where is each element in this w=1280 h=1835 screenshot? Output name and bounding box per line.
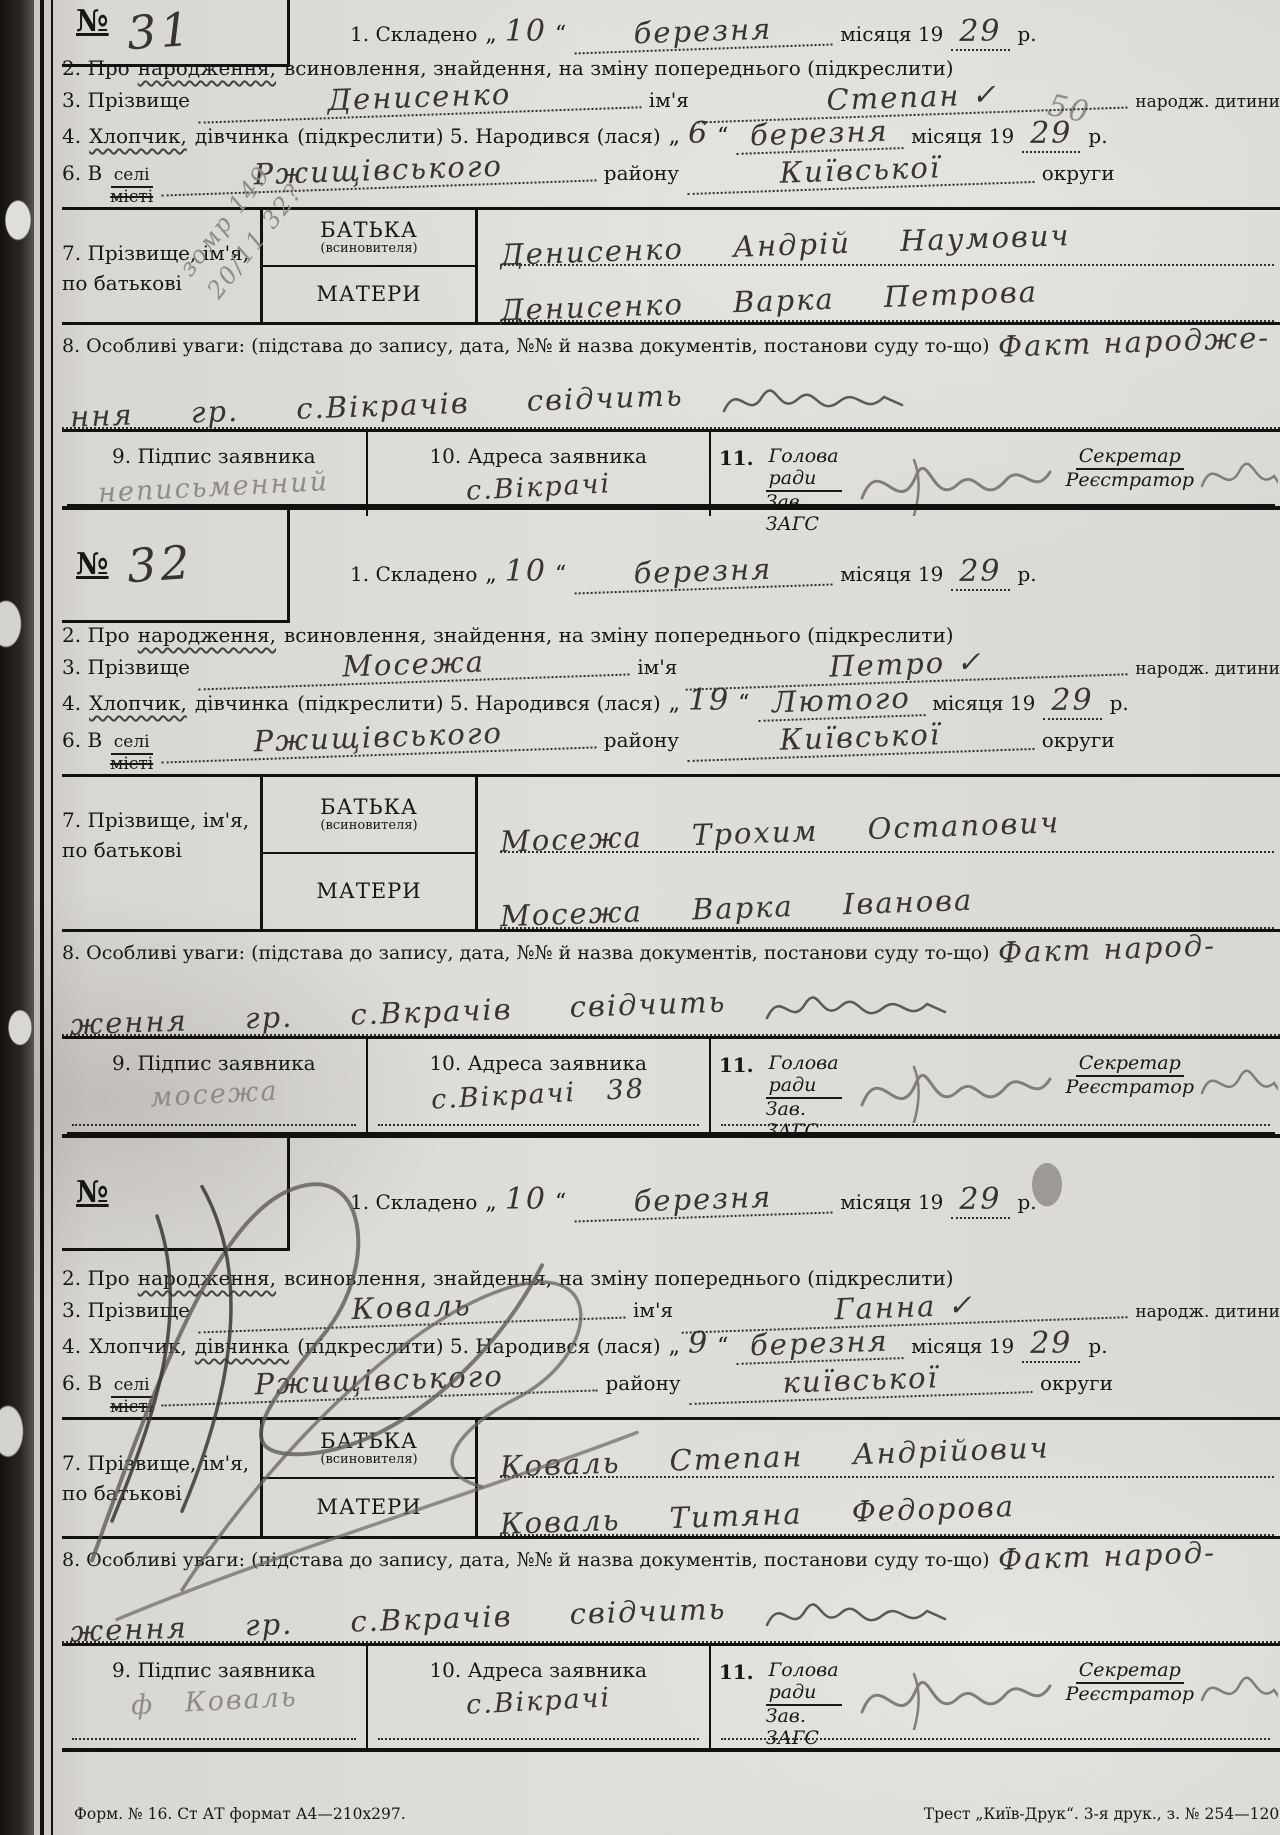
signatures-row: 9. Підпис заявника неписьменний 10. Адре… xyxy=(62,429,1280,516)
gender-line-number: 4. xyxy=(62,691,81,715)
secretary-title: Секретар Реєстратор xyxy=(1066,446,1194,492)
type-line-underlined-word: народження, xyxy=(138,56,276,80)
district-label: району xyxy=(606,1371,681,1395)
applicant-signature: неписьменний xyxy=(98,466,330,509)
composed-day: 10 xyxy=(505,14,547,49)
parents-header-box: БАТЬКА (всиновителя) МАТЕРИ xyxy=(260,210,478,322)
remarks-section: 8. Особливі уваги: (підстава до запису, … xyxy=(62,325,1280,429)
mother-label: МАТЕРИ xyxy=(263,880,475,903)
dotted-line xyxy=(72,1124,356,1126)
district-label: району xyxy=(604,161,679,185)
father-entry: Мосежа Трохим Остапович xyxy=(500,777,1274,853)
boy-option: Хлопчик, xyxy=(89,124,187,148)
secretary-signature xyxy=(1198,446,1278,506)
village-value: Ржищівського xyxy=(161,1355,598,1406)
firstname-label: ім'я xyxy=(649,88,689,112)
firstname-text: Петро xyxy=(829,646,946,684)
remarks-handwriting-2: ження гр. с.Вкрачів свідчить xyxy=(70,985,727,1042)
parents-entries: Мосежа Трохим Остапович Мосежа Варка Іва… xyxy=(478,777,1280,929)
mother-header: МАТЕРИ xyxy=(263,854,475,929)
composed-month: березня xyxy=(574,10,833,55)
composed-day: 10 xyxy=(505,554,547,589)
month-year-label: місяця 19 xyxy=(840,1190,943,1214)
applicant-signature: ф Коваль xyxy=(130,1682,298,1722)
mother-name: Денисенко Варка Петрова xyxy=(500,275,1039,330)
father-sublabel: (всиновителя) xyxy=(263,1453,475,1467)
remarks-line: 8. Особливі уваги: (підстава до запису, … xyxy=(62,325,1280,359)
close-quote: “ xyxy=(555,562,566,587)
dotted-line xyxy=(378,1124,699,1126)
record-header: № 31 1. Складено „ 10 “ березня місяця 1… xyxy=(62,0,1280,56)
head-of-council-label: Голова ради xyxy=(766,446,842,492)
town-option: місті xyxy=(110,1398,153,1418)
year-suffix: р. xyxy=(1088,1334,1107,1358)
birth-record: № 1. Складено „ 10 “ березня місяця 19 2… xyxy=(62,1134,1280,1752)
head-of-council-label: Голова ради xyxy=(766,1660,842,1706)
applicant-address: с.Вікрачі xyxy=(465,468,612,507)
witness-signature xyxy=(761,984,951,1030)
month-year-label: місяця 19 xyxy=(932,691,1035,715)
composed-line: 1. Складено „ 10 “ березня місяця 19 29 … xyxy=(350,14,1037,51)
birth-month: березня xyxy=(736,113,904,155)
applicant-address: с.Вікрачі xyxy=(465,1682,612,1721)
place-label: 6. В xyxy=(62,728,102,752)
binding-torn-edge xyxy=(0,0,34,1835)
town-option: місті xyxy=(110,755,153,775)
composed-month: березня xyxy=(574,550,833,595)
signatures-row: 9. Підпис заявника ф Коваль 10. Адреса з… xyxy=(62,1643,1280,1748)
gender-line-number: 4. xyxy=(62,1334,81,1358)
type-line-underlined-word: народження, xyxy=(138,623,276,647)
name-line: 3. Прізвище Коваль ім'я Ганна ✓ народж. … xyxy=(62,1290,1280,1326)
village-option: селі xyxy=(111,733,153,755)
officials-cell: 11. Голова ради Зав. ЗАГС Секретар Реєст… xyxy=(711,1646,1280,1748)
composed-year: 29 xyxy=(951,14,1009,51)
birth-record: № 31 1. Складено „ 10 “ березня місяця 1… xyxy=(62,0,1280,506)
applicant-address-label: 10. Адреса заявника xyxy=(376,1051,701,1075)
open-quote: „ xyxy=(485,1190,496,1215)
father-header: БАТЬКА (всиновителя) xyxy=(263,777,475,854)
place-line: 6. В селі місті Ржищівського району київ… xyxy=(62,1363,1280,1417)
mother-name: Коваль Титяна Федорова xyxy=(500,1489,1016,1543)
registrar-label: Реєстратор xyxy=(1066,1684,1194,1706)
secretary-label: Секретар xyxy=(1076,446,1184,470)
remarks-handwriting-2: ження гр. с.Вкрачів свідчить xyxy=(70,1592,727,1649)
child-birth-label: народж. дитини xyxy=(1135,92,1280,112)
secretary-signature xyxy=(1198,1053,1278,1113)
remarks-handwriting-1: Факт народ- xyxy=(997,928,1216,970)
form-imprint: Форм. № 16. Ст АТ формат А4—210x297. xyxy=(74,1805,406,1823)
month-year-label: місяця 19 xyxy=(911,124,1014,148)
okruha-label: округи xyxy=(1042,728,1115,752)
applicant-signature-cell: 9. Підпис заявника ф Коваль xyxy=(62,1646,368,1748)
surname-label: 3. Прізвище xyxy=(62,88,190,112)
parents-label: 7. Прізвище, ім'я, по батькові xyxy=(62,1420,260,1536)
mother-entry: Денисенко Варка Петрова xyxy=(500,266,1274,322)
secretary-block: Секретар Реєстратор xyxy=(1066,1660,1278,1720)
pencil-note-line1 xyxy=(173,774,195,791)
child-birth-label: народж. дитини xyxy=(1135,1302,1280,1322)
parents-label-line1: 7. Прізвище, ім'я, xyxy=(62,1448,260,1478)
born-label: (підкреслити) 5. Народився (лася) xyxy=(297,1334,661,1358)
remarks-section: 8. Особливі уваги: (підстава до запису, … xyxy=(62,1539,1280,1643)
officials-number: 11. xyxy=(719,1053,754,1077)
father-label: БАТЬКА xyxy=(263,796,475,819)
number-sign: № xyxy=(76,547,109,582)
close-quote: “ xyxy=(717,124,728,149)
printer-imprint: Трест „Київ-Друк“. 3-я друк., з. № 254—1… xyxy=(924,1805,1280,1823)
signatures-row: 9. Підпис заявника мосежа 10. Адреса зая… xyxy=(62,1036,1280,1134)
record-number: 32 xyxy=(125,535,195,594)
girl-option: дівчинка xyxy=(195,124,289,148)
secretary-block: Секретар Реєстратор xyxy=(1066,446,1278,506)
year-suffix: р. xyxy=(1088,124,1107,148)
type-line-pre: 2. Про xyxy=(62,623,130,647)
remarks-continuation: ження гр. с.Вкрачів свідчить xyxy=(62,982,1280,1036)
parents-label-line2: по батькові xyxy=(62,1478,260,1508)
firstname-text: Ганна xyxy=(834,1289,937,1327)
number-sign: № xyxy=(76,4,109,39)
name-line: 3. Прізвище Денисенко ім'я Степан ✓ наро… xyxy=(62,80,1280,116)
record-number-box: № 32 xyxy=(62,510,290,623)
check-mark: ✓ xyxy=(971,77,998,112)
check-mark: ✓ xyxy=(947,1288,974,1323)
remarks-label: 8. Особливі уваги: (підстава до запису, … xyxy=(62,335,990,357)
place-label: 6. В xyxy=(62,161,102,185)
parents-header-box: БАТЬКА (всиновителя) МАТЕРИ xyxy=(260,777,478,929)
chairman-signature xyxy=(854,1053,1054,1123)
secretary-block: Секретар Реєстратор xyxy=(1066,1053,1278,1113)
dotted-line xyxy=(378,1738,699,1740)
close-quote: “ xyxy=(717,1334,728,1359)
remarks-section: 8. Особливі уваги: (підстава до запису, … xyxy=(62,932,1280,1036)
mother-entry: Коваль Титяна Федорова xyxy=(500,1478,1274,1536)
remarks-label: 8. Особливі уваги: (підстава до запису, … xyxy=(62,942,990,964)
registrar-label: Реєстратор xyxy=(1066,1077,1194,1099)
left-margin-rules xyxy=(40,0,53,1835)
close-quote: “ xyxy=(555,22,566,47)
chairman-title: Голова ради Зав. ЗАГС xyxy=(766,1053,842,1142)
print-footer: Форм. № 16. Ст АТ формат А4—210x297. Тре… xyxy=(74,1805,1280,1823)
month-year-label: місяця 19 xyxy=(840,562,943,586)
officials-cell: 11. Голова ради Зав. ЗАГС Секретар Реєст… xyxy=(711,1039,1280,1134)
parents-section: 7. Прізвище, ім'я, по батькові БАТЬКА (в… xyxy=(62,1417,1280,1539)
secretary-label: Секретар xyxy=(1076,1660,1184,1684)
remarks-continuation: ння гр. с.Вікрачів свідчить xyxy=(62,375,1280,429)
officials-number: 11. xyxy=(719,446,754,470)
close-quote: “ xyxy=(738,691,749,716)
remarks-handwriting-1: Факт народже- xyxy=(997,320,1270,363)
born-label: (підкреслити) 5. Народився (лася) xyxy=(297,124,661,148)
okruha-label: округи xyxy=(1040,1371,1113,1395)
father-label: БАТЬКА xyxy=(263,1430,475,1453)
type-line-pre: 2. Про xyxy=(62,1266,130,1290)
village-town-selector: селі місті xyxy=(110,166,153,207)
district-label: району xyxy=(604,728,679,752)
secretary-title: Секретар Реєстратор xyxy=(1066,1660,1194,1706)
father-entry: Коваль Степан Андрійович xyxy=(500,1420,1274,1478)
parents-entries: Коваль Степан Андрійович Коваль Титяна Ф… xyxy=(478,1420,1280,1536)
applicant-address-cell: 10. Адреса заявника с.Вікрачі xyxy=(368,1646,711,1748)
composed-month: березня xyxy=(574,1178,833,1223)
parents-label-line1: 7. Прізвище, ім'я, xyxy=(62,805,260,835)
composed-line: 1. Складено „ 10 “ березня місяця 19 29 … xyxy=(350,1182,1037,1219)
parents-header-box: БАТЬКА (всиновителя) МАТЕРИ xyxy=(260,1420,478,1536)
composed-label: 1. Складено xyxy=(350,562,477,586)
place-line: 6. В селі місті Ржищівського району Київ… xyxy=(62,720,1280,774)
record-header: № 1. Складено „ 10 “ березня місяця 19 2… xyxy=(62,1138,1280,1266)
record-header: № 32 1. Складено „ 10 “ березня місяця 1… xyxy=(62,510,1280,623)
record-number: 31 xyxy=(125,2,195,61)
birth-record: № 32 1. Складено „ 10 “ березня місяця 1… xyxy=(62,506,1280,1134)
year-suffix: р. xyxy=(1018,1190,1037,1214)
birth-month: Лютого xyxy=(757,680,925,722)
father-header: БАТЬКА (всиновителя) xyxy=(263,1420,475,1479)
applicant-signature-cell: 9. Підпис заявника неписьменний xyxy=(62,432,368,516)
mother-name: Мосежа Варка Іванова xyxy=(500,883,974,935)
boy-option: Хлопчик, xyxy=(89,691,187,715)
boy-option: Хлопчик, xyxy=(89,1334,187,1358)
name-line: 3. Прізвище Мосежа ім'я Петро ✓ народж. … xyxy=(62,647,1280,683)
mother-label: МАТЕРИ xyxy=(263,1496,475,1519)
witness-signature xyxy=(718,377,908,423)
village-value: Ржищівського xyxy=(161,712,597,763)
open-quote: „ xyxy=(669,124,680,149)
applicant-signature-label: 9. Підпис заявника xyxy=(70,1658,358,1682)
open-quote: „ xyxy=(485,22,496,47)
registrar-label: Реєстратор xyxy=(1066,470,1194,492)
father-sublabel: (всиновителя) xyxy=(263,242,475,256)
officials-number: 11. xyxy=(719,1660,754,1684)
applicant-address-label: 10. Адреса заявника xyxy=(376,444,701,468)
remarks-label: 8. Особливі уваги: (підстава до запису, … xyxy=(62,1549,990,1571)
dotted-line xyxy=(721,1124,1270,1126)
child-birth-label: народж. дитини xyxy=(1135,659,1280,679)
year-suffix: р. xyxy=(1110,691,1129,715)
composed-year: 29 xyxy=(951,554,1009,591)
parents-entries: Денисенко Андрій Наумович Денисенко Варк… xyxy=(478,210,1280,322)
remarks-handwriting-2: ння гр. с.Вікрачів свідчить xyxy=(70,378,685,433)
applicant-signature-label: 9. Підпис заявника xyxy=(70,444,358,468)
chairman-signature xyxy=(854,1660,1054,1730)
father-label: БАТЬКА xyxy=(263,219,475,242)
composed-day: 10 xyxy=(505,1182,547,1217)
surname-label: 3. Прізвище xyxy=(62,1298,190,1322)
birth-month: березня xyxy=(736,1323,904,1365)
parents-label-line2: по батькові xyxy=(62,835,260,865)
mother-header: МАТЕРИ xyxy=(263,1479,475,1536)
applicant-address-cell: 10. Адреса заявника с.Вікрачі xyxy=(368,432,711,516)
girl-option: дівчинка xyxy=(195,691,289,715)
check-mark: ✓ xyxy=(956,644,983,679)
open-quote: „ xyxy=(669,691,680,716)
parents-label: 7. Прізвище, ім'я, по батькові зомр 1492… xyxy=(62,210,260,322)
month-year-label: місяця 19 xyxy=(840,22,943,46)
village-option: селі xyxy=(111,166,153,188)
firstname-label: ім'я xyxy=(637,655,677,679)
village-town-selector: селі місті xyxy=(110,733,153,774)
year-suffix: р. xyxy=(1018,562,1037,586)
open-quote: „ xyxy=(669,1334,680,1359)
officials-cell: 11. Голова ради Зав. ЗАГС Секретар Реєст… xyxy=(711,432,1280,516)
district-value: Київської xyxy=(686,714,1034,762)
applicant-address: с.Вікрачі 38 xyxy=(431,1074,646,1116)
girl-option: дівчинка xyxy=(195,1334,289,1358)
firstname-label: ім'я xyxy=(633,1298,673,1322)
type-line-underlined-word: народження, xyxy=(138,1266,276,1290)
village-town-selector: селі місті xyxy=(110,1376,153,1417)
gender-line-number: 4. xyxy=(62,124,81,148)
composed-line: 1. Складено „ 10 “ березня місяця 19 29 … xyxy=(350,554,1037,591)
secretary-signature xyxy=(1198,1660,1278,1720)
town-option: місті xyxy=(110,188,153,208)
secretary-label: Секретар xyxy=(1076,1053,1184,1077)
applicant-signature: мосежа xyxy=(149,1076,279,1114)
father-entry: Денисенко Андрій Наумович xyxy=(500,210,1274,266)
record-number-box: № xyxy=(62,1138,290,1251)
dotted-line xyxy=(72,1738,356,1740)
parents-label: 7. Прізвище, ім'я, по батькові xyxy=(62,777,260,929)
firstname-text: Степан xyxy=(826,78,961,117)
composed-label: 1. Складено xyxy=(350,1190,477,1214)
remarks-handwriting-1: Факт народ- xyxy=(997,1535,1216,1577)
place-label: 6. В xyxy=(62,1371,102,1395)
month-year-label: місяця 19 xyxy=(911,1334,1014,1358)
born-label: (підкреслити) 5. Народився (лася) xyxy=(297,691,661,715)
remarks-continuation: ження гр. с.Вкрачів свідчить xyxy=(62,1589,1280,1643)
dotted-line xyxy=(721,1738,1270,1740)
applicant-address-cell: 10. Адреса заявника с.Вікрачі 38 xyxy=(368,1039,711,1134)
records-container: № 31 1. Складено „ 10 “ березня місяця 1… xyxy=(62,0,1280,1795)
composed-label: 1. Складено xyxy=(350,22,477,46)
zags-label: Зав. ЗАГС xyxy=(766,1706,842,1750)
mother-entry: Мосежа Варка Іванова xyxy=(500,853,1274,929)
mother-label: МАТЕРИ xyxy=(263,283,475,306)
applicant-signature-cell: 9. Підпис заявника мосежа xyxy=(62,1039,368,1134)
pencil-margin-note xyxy=(170,772,198,794)
father-sublabel: (всиновителя) xyxy=(263,819,475,833)
birth-year: 29 xyxy=(1043,683,1101,720)
parents-section: 7. Прізвище, ім'я, по батькові зомр 1492… xyxy=(62,207,1280,325)
remarks-line: 8. Особливі уваги: (підстава до запису, … xyxy=(62,932,1280,966)
year-suffix: р. xyxy=(1018,22,1037,46)
composed-year: 29 xyxy=(951,1182,1009,1219)
applicant-address-label: 10. Адреса заявника xyxy=(376,1658,701,1682)
head-of-council-label: Голова ради xyxy=(766,1053,842,1099)
scanned-registry-page: № 31 1. Складено „ 10 “ березня місяця 1… xyxy=(0,0,1280,1835)
secretary-title: Секретар Реєстратор xyxy=(1066,1053,1194,1099)
mother-header: МАТЕРИ xyxy=(263,267,475,322)
village-option: селі xyxy=(111,1376,153,1398)
witness-signature xyxy=(761,1591,951,1637)
surname-label: 3. Прізвище xyxy=(62,655,190,679)
chairman-title: Голова ради Зав. ЗАГС xyxy=(766,1660,842,1749)
close-quote: “ xyxy=(555,1190,566,1215)
number-sign: № xyxy=(76,1175,109,1210)
type-line-pre: 2. Про xyxy=(62,56,130,80)
parents-section: 7. Прізвище, ім'я, по батькові БАТЬКА (в… xyxy=(62,774,1280,932)
open-quote: „ xyxy=(485,562,496,587)
applicant-signature-label: 9. Підпис заявника xyxy=(70,1051,358,1075)
remarks-line: 8. Особливі уваги: (підстава до запису, … xyxy=(62,1539,1280,1573)
okruha-label: округи xyxy=(1042,161,1115,185)
